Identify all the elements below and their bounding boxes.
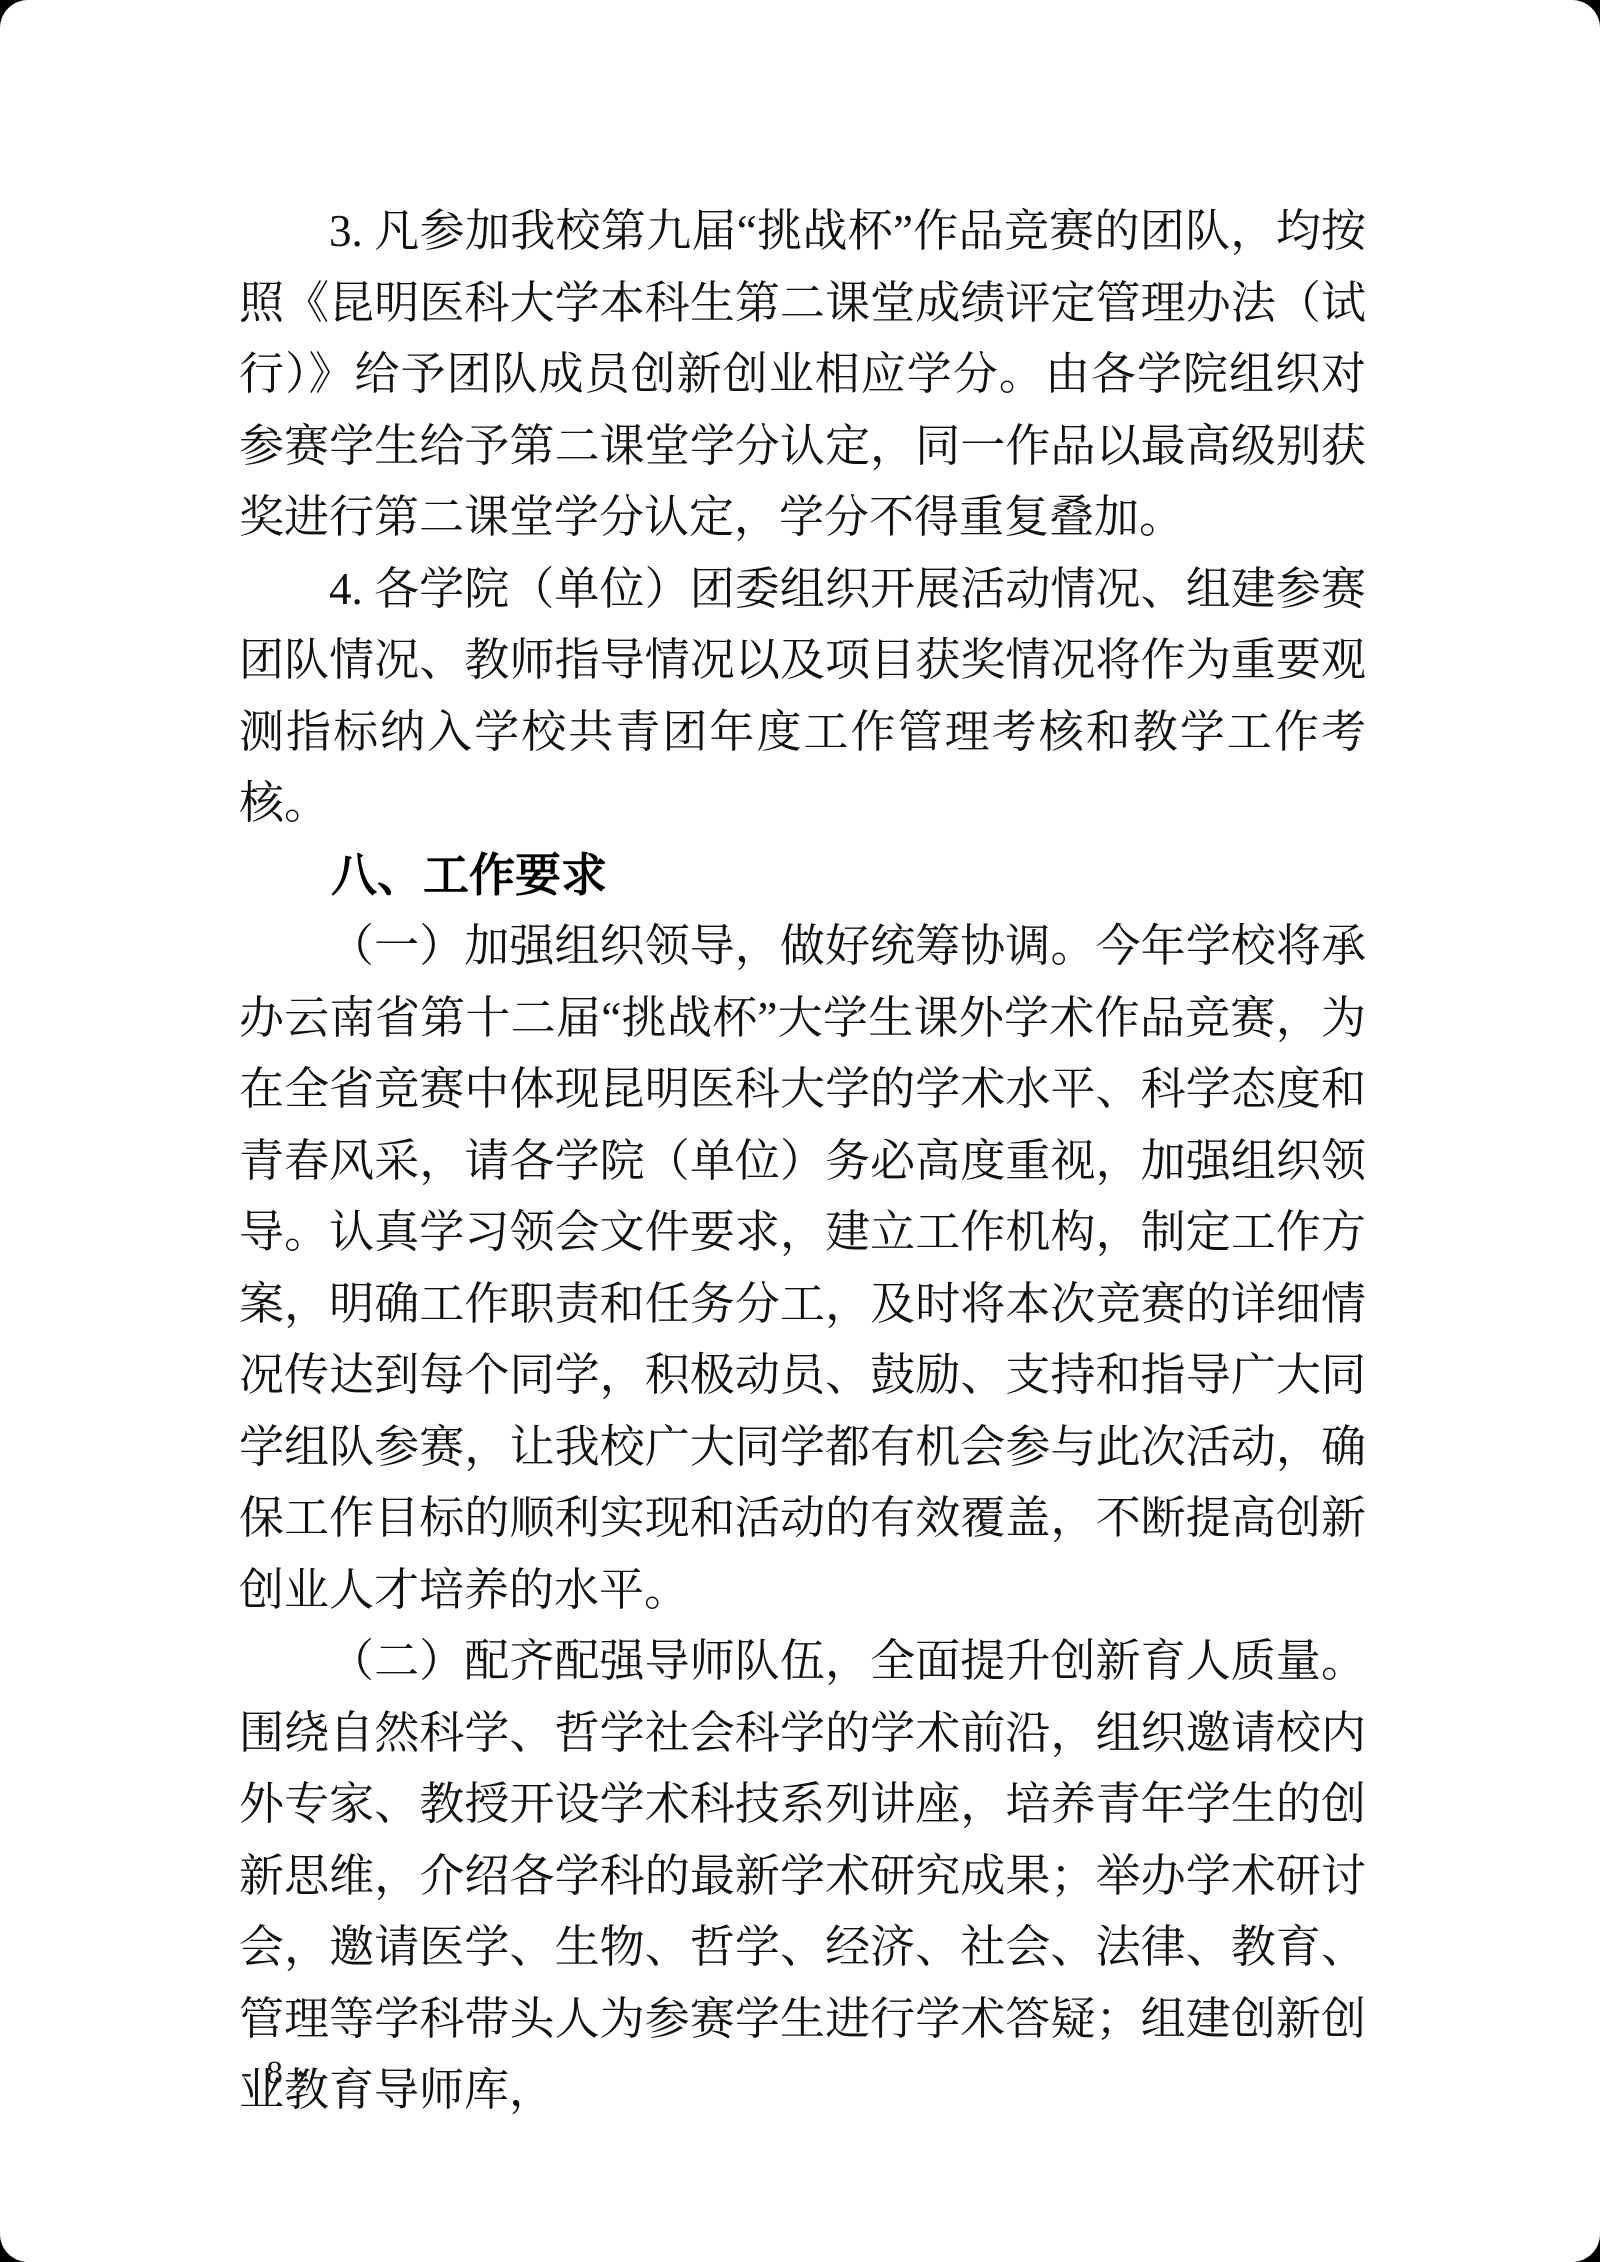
document-body: 3. 凡参加我校第九届“挑战杯”作品竞赛的团队，均按照《昆明医科大学本科生第二课… xyxy=(239,196,1366,2127)
page-number: - 8 - xyxy=(241,2055,311,2092)
document-page: 3. 凡参加我校第九届“挑战杯”作品竞赛的团队，均按照《昆明医科大学本科生第二课… xyxy=(0,0,1600,2262)
section-heading-work-requirements: 八、工作要求 xyxy=(239,840,1366,912)
paragraph-subsection-1: （一）加强组织领导，做好统筹协调。今年学校将承办云南省第十二届“挑战杯”大学生课… xyxy=(239,911,1366,1626)
paragraph-item-4: 4. 各学院（单位）团委组织开展活动情况、组建参赛团队情况、教师指导情况以及项目… xyxy=(239,554,1366,840)
paragraph-subsection-2: （二）配齐配强导师队伍，全面提升创新育人质量。围绕自然科学、哲学社会科学的学术前… xyxy=(239,1626,1366,2127)
paragraph-item-3: 3. 凡参加我校第九届“挑战杯”作品竞赛的团队，均按照《昆明医科大学本科生第二课… xyxy=(239,196,1366,554)
